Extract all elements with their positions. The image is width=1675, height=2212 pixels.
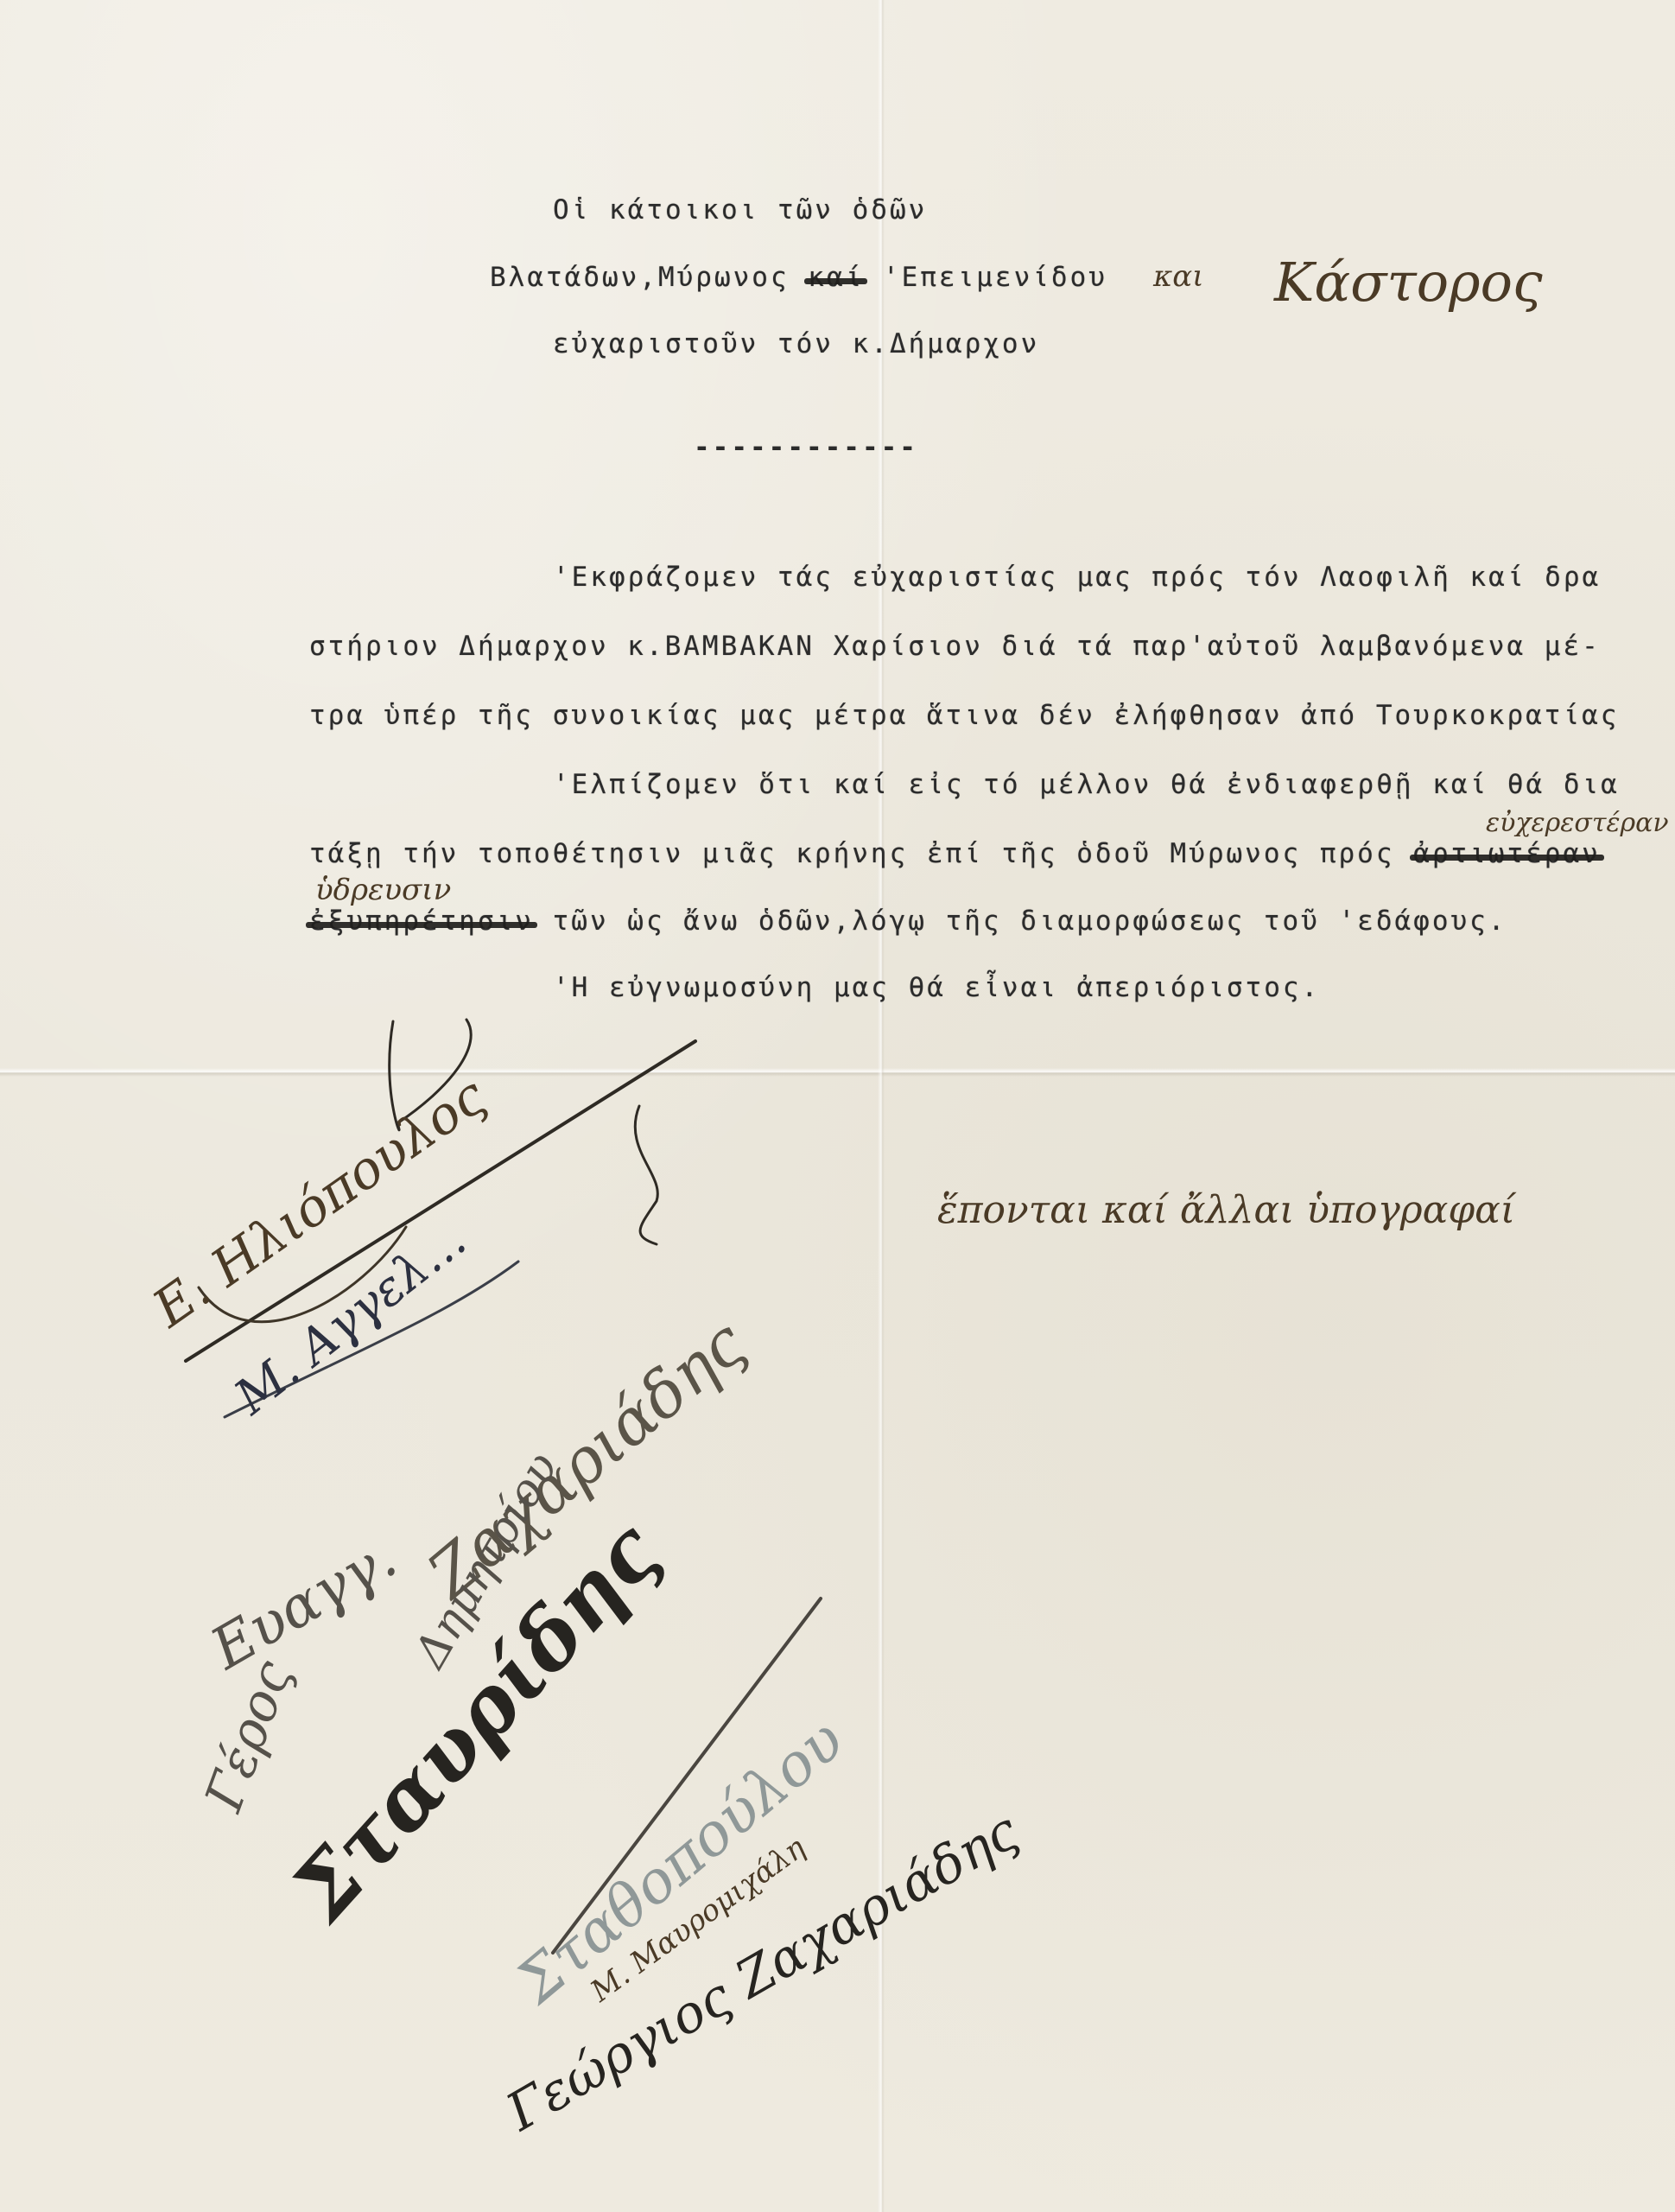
scanned-letter-page: Οἱ κάτοικοι τῶν ὁδῶν Βλατάδων,Μύρωνος κα… xyxy=(0,0,1675,2212)
signature-strokes xyxy=(0,0,1675,2212)
